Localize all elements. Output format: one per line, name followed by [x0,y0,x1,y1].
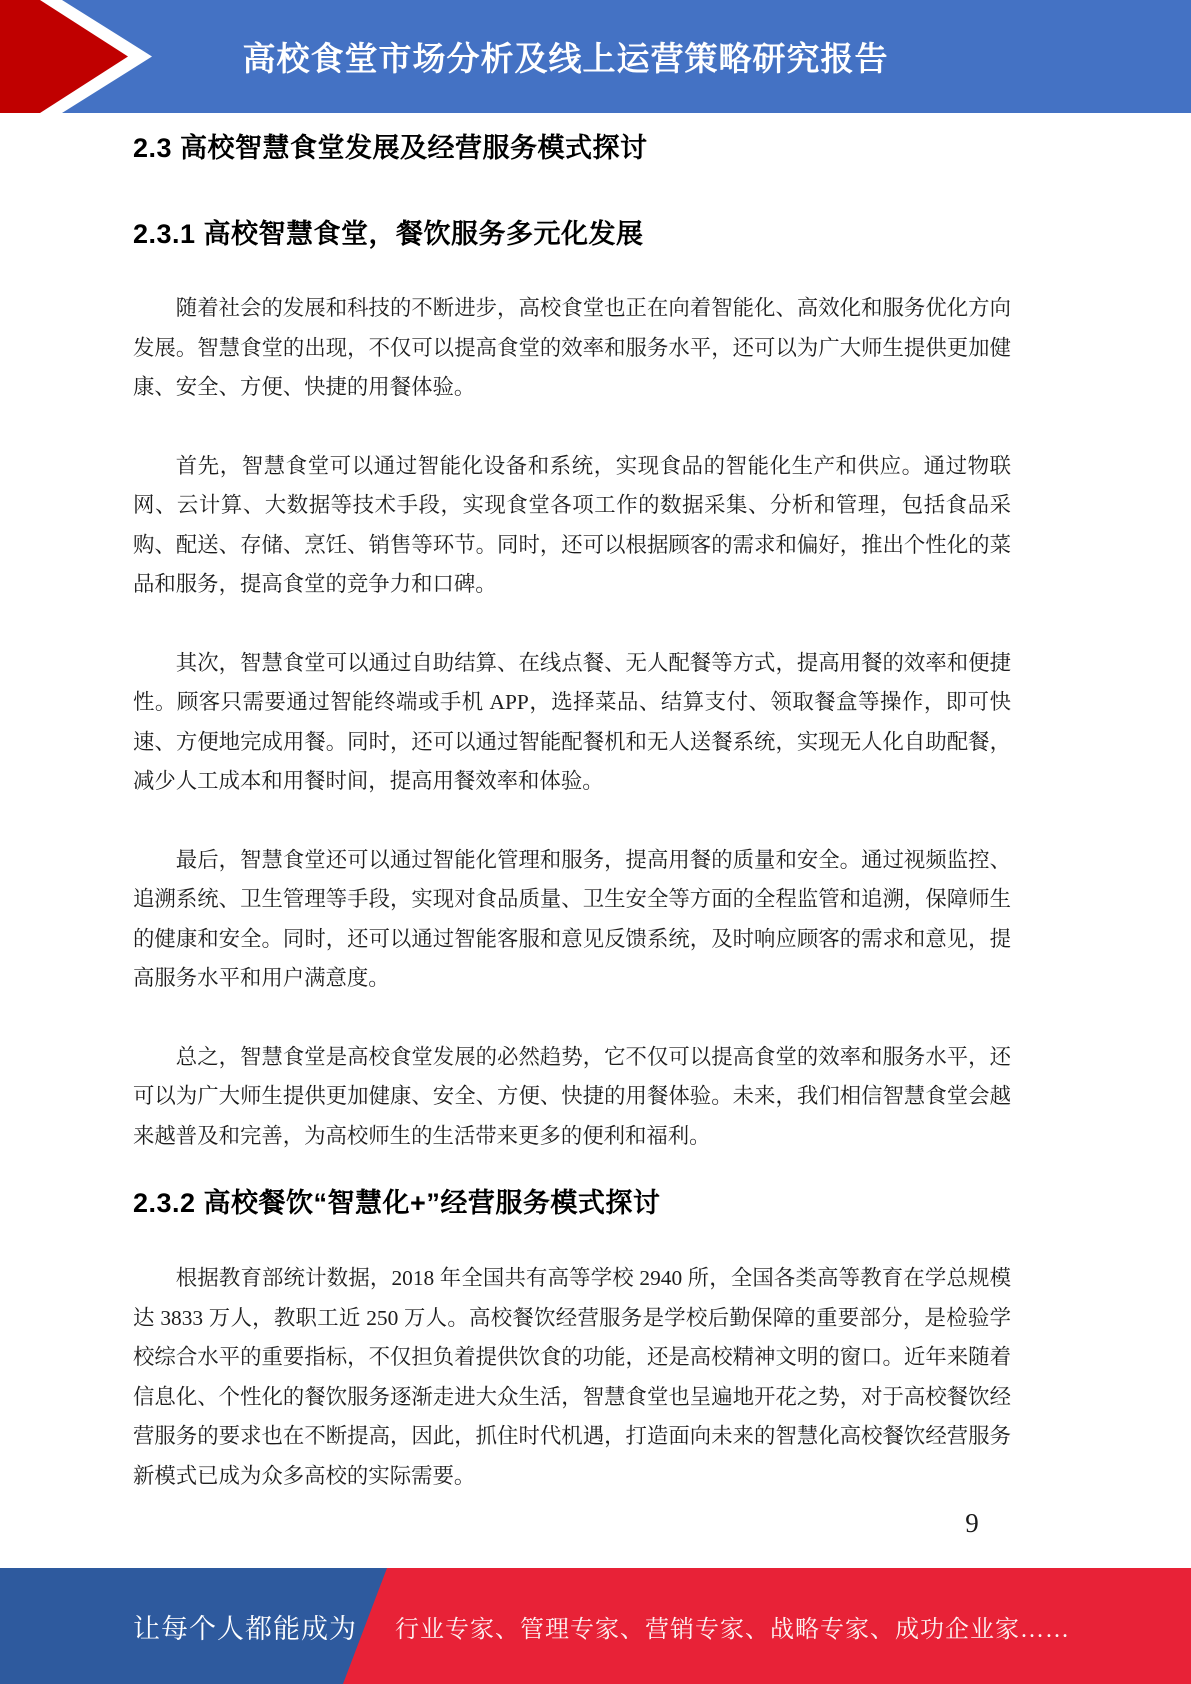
section-heading-2-3-1: 2.3.1 高校智慧食堂，餐饮服务多元化发展 [133,217,1011,251]
paragraph-6: 根据教育部统计数据，2018 年全国共有高等学校 2940 所，全国各类高等教育… [133,1259,1011,1496]
report-title: 高校食堂市场分析及线上运营策略研究报告 [0,0,1161,113]
section-heading-2-3-2: 2.3.2 高校餐饮“智慧化+”经营服务模式探讨 [133,1186,1011,1220]
paragraph-2: 首先，智慧食堂可以通过智能化设备和系统，实现食品的智能化生产和供应。通过物联网、… [133,447,1011,605]
page-footer: 让每个人都能成为 行业专家、管理专家、营销专家、战略专家、成功企业家…… [0,1568,1191,1684]
paragraph-3: 其次，智慧食堂可以通过自助结算、在线点餐、无人配餐等方式，提高用餐的效率和便捷性… [133,644,1011,802]
paragraph-5: 总之，智慧食堂是高校食堂发展的必然趋势，它不仅可以提高食堂的效率和服务水平，还可… [133,1038,1011,1157]
page-header: 高校食堂市场分析及线上运营策略研究报告 [0,0,1191,113]
page-body: 2.3 高校智慧食堂发展及经营服务模式探讨 2.3.1 高校智慧食堂，餐饮服务多… [133,113,1011,1496]
section-heading-2-3: 2.3 高校智慧食堂发展及经营服务模式探讨 [133,131,1011,165]
footer-slogan-left: 让每个人都能成为 [133,1568,355,1684]
paragraph-1: 随着社会的发展和科技的不断进步，高校食堂也正在向着智能化、高效化和服务优化方向发… [133,289,1011,408]
paragraph-4: 最后，智慧食堂还可以通过智能化管理和服务，提高用餐的质量和安全。通过视频监控、追… [133,841,1011,999]
footer-slogan-right: 行业专家、管理专家、营销专家、战略专家、成功企业家…… [395,1568,1191,1684]
page-number: 9 [952,1508,992,1539]
